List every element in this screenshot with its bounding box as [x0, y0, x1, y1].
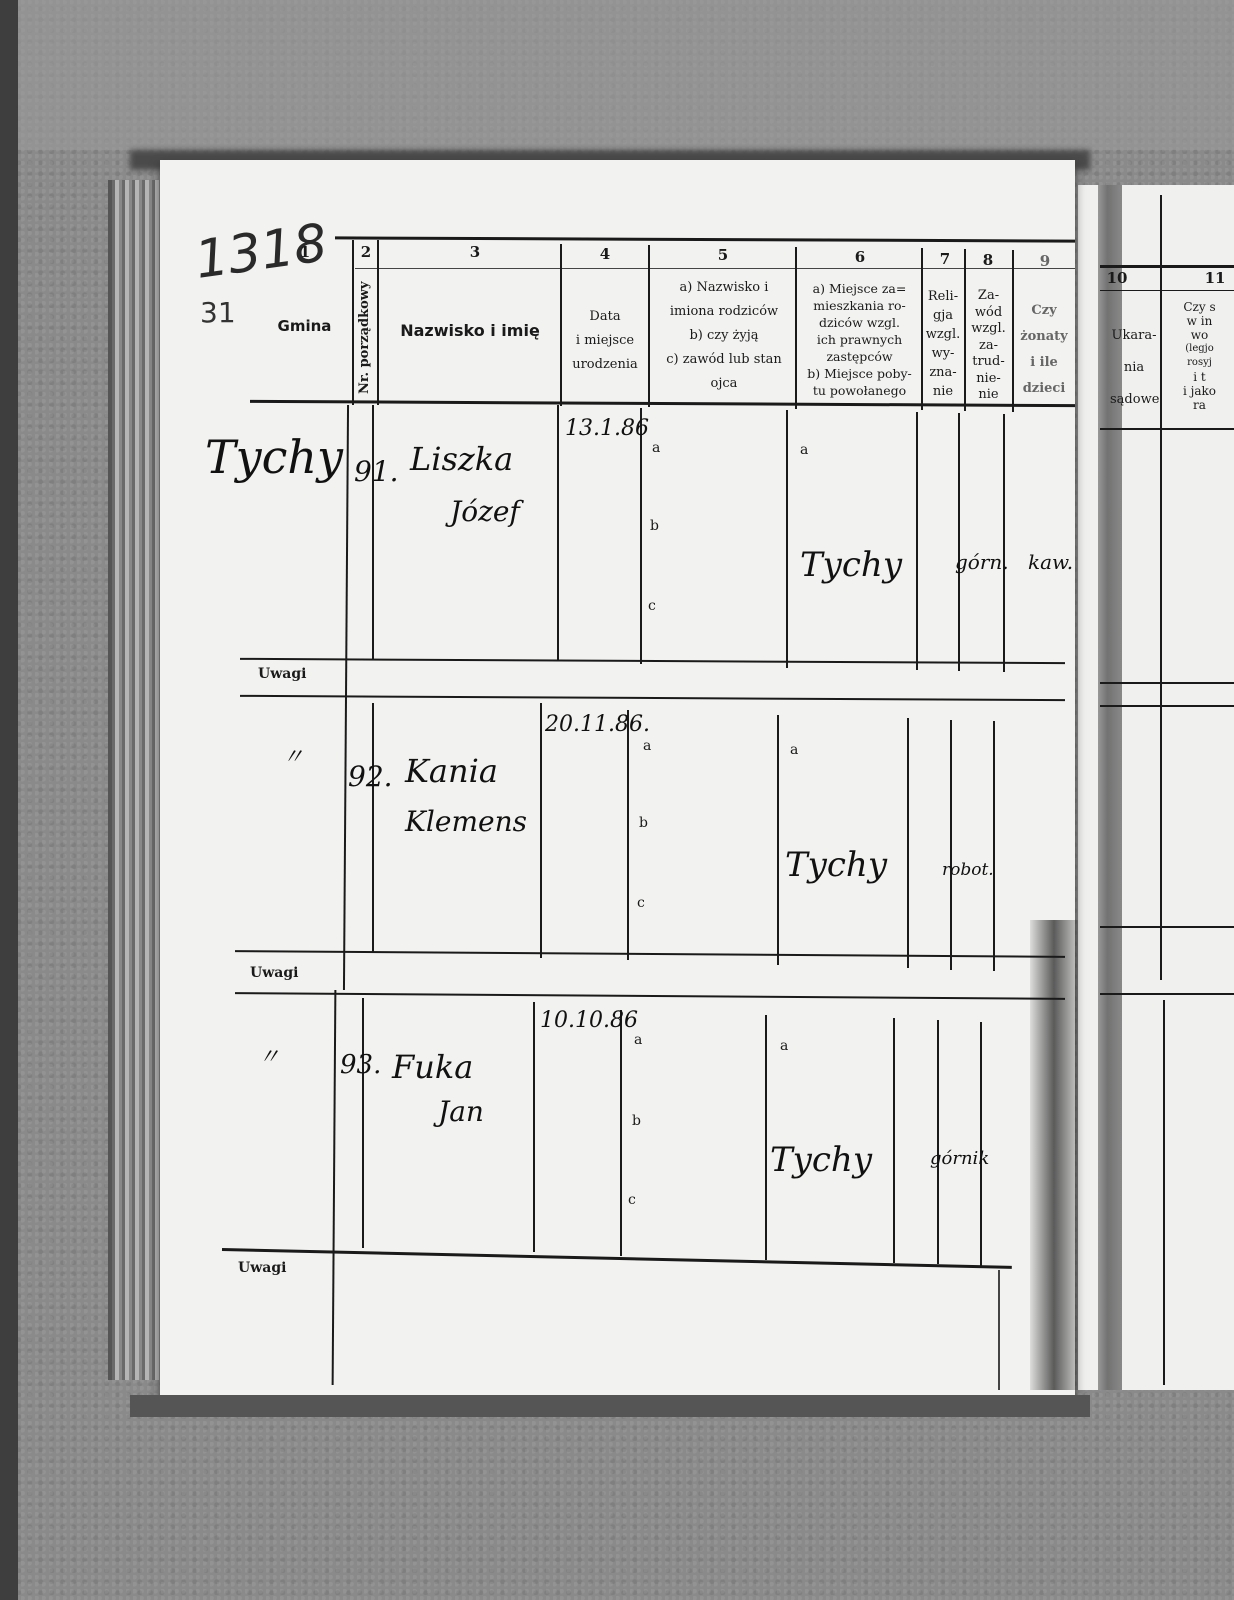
header-line: nie [922, 382, 964, 401]
header-line: Za- [965, 288, 1012, 305]
header-line: Czy [1014, 298, 1074, 324]
header-line: wy- [922, 344, 964, 363]
facing-header-ukarania: Ukara- nia sądowe [1110, 320, 1158, 416]
facing-row-rule [1100, 705, 1234, 707]
col-number-4: 4 [590, 246, 620, 263]
row2-col-divider [993, 721, 995, 971]
page-fold-shadow [1030, 920, 1078, 1390]
row3-col-divider [533, 1002, 535, 1252]
col-number-9: 9 [1030, 253, 1060, 270]
header-line: nia [1110, 352, 1158, 384]
entry1-residence: Tychy [800, 545, 902, 585]
entry1-gmina: Tychy [205, 430, 343, 484]
entry3-surname: Fuka [392, 1048, 473, 1086]
entry3-sub-c: c [628, 1192, 636, 1208]
entry1-col9: kaw. [1028, 550, 1073, 574]
header-line: i miejsce [562, 329, 648, 353]
entry1-sub-a: a [652, 440, 660, 456]
col-divider [377, 240, 379, 405]
row1-col-divider [557, 405, 559, 661]
header-line: dziców wzgl. [797, 314, 922, 331]
entry1-nr: 91. [354, 455, 399, 488]
row1-col-divider [1003, 414, 1005, 672]
header-line: w in [1165, 314, 1234, 328]
header-line: zna- [922, 363, 964, 382]
scan-edge [0, 0, 18, 1600]
header-line: żonaty [1014, 324, 1074, 350]
facing-col-number-11: 11 [1200, 270, 1230, 287]
col-divider [352, 240, 354, 405]
col-number-2: 2 [355, 244, 377, 261]
entry2-given-name: Klemens [405, 805, 527, 838]
facing-col-divider [1163, 1000, 1165, 1385]
header-line: a) Miejsce za= [797, 280, 922, 297]
header-line: Reli- [922, 287, 964, 306]
entry2-res-sub-a: a [790, 742, 798, 758]
entry1-sub-b: b [650, 518, 659, 534]
row2-col-divider [950, 720, 952, 970]
row3-col-divider [765, 1015, 767, 1260]
entry1-given-name: Józef [450, 495, 520, 528]
header-line: gja [922, 306, 964, 325]
entry2-sub-b: b [639, 815, 648, 831]
header-line: rosyj [1165, 356, 1234, 370]
header-line: wo [1165, 328, 1234, 342]
header-line: Data [562, 305, 648, 329]
header-religia: Reli- gja wzgl. wy- zna- nie [922, 287, 964, 401]
facing-header-rule [1100, 265, 1234, 268]
row2-col-divider [627, 710, 629, 960]
entry3-birth-date: 10.10.86 [540, 1008, 638, 1033]
row1-col-divider [640, 408, 642, 664]
header-line: nie [965, 387, 1012, 404]
entry1-res-sub-a: a [800, 442, 808, 458]
entry3-sub-a: a [634, 1032, 642, 1048]
entry3-occupation: górnik [930, 1148, 989, 1169]
entry2-sub-a: a [643, 738, 651, 754]
header-rodzice: a) Nazwisko i imiona rodziców b) czy żyj… [650, 276, 798, 396]
header-line: Ukara- [1110, 320, 1158, 352]
header-line: dzieci [1014, 376, 1074, 402]
header-line: a) Nazwisko i [650, 276, 798, 300]
row1-col-divider [372, 405, 374, 660]
header-miejsce-zamieszkania: a) Miejsce za= mieszkania ro- dziców wzg… [797, 280, 922, 399]
entry2-gmina-ditto: 〃 [282, 740, 304, 771]
row1-col-divider [958, 413, 960, 671]
header-nr-porzadkowy: Nr. porządkowy [358, 275, 376, 400]
header-line: i ile [1014, 350, 1074, 376]
entry3-given-name: Jan [438, 1095, 484, 1128]
header-line: wzgl. [965, 321, 1012, 338]
header-line: i jako [1165, 384, 1234, 398]
entry2-residence: Tychy [785, 845, 887, 885]
facing-header-czy: Czy s w in wo (legjo rosyj i t i jako ra [1165, 300, 1234, 412]
header-line: sądowe [1110, 384, 1158, 416]
row3-col-divider [362, 998, 364, 1248]
header-line: wód [965, 305, 1012, 322]
entry2-surname: Kania [405, 752, 498, 790]
row2-col-divider [540, 703, 542, 958]
header-line: zastępców [797, 348, 922, 365]
header-line: Czy s [1165, 300, 1234, 314]
header-line: imiona rodziców [650, 300, 798, 324]
header-line: mieszkania ro- [797, 297, 922, 314]
entry1-sub-c: c [648, 598, 656, 614]
header-zawod: Za- wód wzgl. za- trud- nie- nie [965, 288, 1012, 404]
header-line: b) czy żyją [650, 324, 798, 348]
row2-col-divider [777, 715, 779, 965]
header-line: urodzenia [562, 353, 648, 377]
entry2-occupation: robot. [942, 860, 994, 880]
header-line: wzgl. [922, 325, 964, 344]
header-line: nie- [965, 371, 1012, 388]
row3-col-divider [980, 1022, 982, 1266]
header-line: b) Miejsce poby- [797, 365, 922, 382]
facing-row-rule [1100, 682, 1234, 684]
row3-col-divider [620, 1010, 622, 1256]
entry3-nr: 93. [340, 1050, 381, 1080]
column-number-rule [355, 268, 1075, 269]
header-nazwisko-imie: Nazwisko i imię [385, 322, 555, 340]
header-line: ojca [650, 372, 798, 396]
facing-row-rule [1100, 993, 1234, 995]
header-line: tu powołanego [797, 382, 922, 399]
page-bottom-shadow [130, 1395, 1090, 1417]
remarks1-label: Uwagi [258, 666, 306, 682]
entry3-gmina-ditto: 〃 [258, 1040, 280, 1071]
entry2-sub-c: c [637, 895, 645, 911]
header-gmina: Gmina [262, 318, 347, 335]
remarks3-label: Uwagi [238, 1260, 286, 1276]
facing-row-rule [1100, 926, 1234, 928]
book-binding-edge [108, 180, 167, 1380]
sheet-number-annotation: 31 [200, 296, 236, 329]
entry3-sub-b: b [632, 1113, 641, 1129]
header-zonaty: Czy żonaty i ile dzieci [1014, 298, 1074, 402]
entry1-birth-date: 13.1.86 [565, 416, 649, 441]
col-number-6: 6 [845, 249, 875, 266]
col-number-1: 1 [290, 244, 320, 261]
row1-col-divider [916, 412, 918, 670]
header-line: (legjo [1165, 342, 1234, 356]
entry1-occupation: górn. [955, 550, 1009, 574]
header-data-miejsce-urodzenia: Data i miejsce urodzenia [562, 305, 648, 377]
page-edge-line [998, 1270, 1000, 1390]
entry1-surname: Liszka [410, 440, 513, 478]
entry2-nr: 92. [348, 760, 393, 793]
header-line: trud- [965, 354, 1012, 371]
entry3-res-sub-a: a [780, 1038, 788, 1054]
col-number-7: 7 [930, 251, 960, 268]
header-line: za- [965, 338, 1012, 355]
remarks2-label: Uwagi [250, 965, 298, 981]
col-number-3: 3 [460, 244, 490, 261]
header-line: ra [1165, 398, 1234, 412]
row2-col-divider [907, 718, 909, 968]
facing-col-number-10: 10 [1102, 270, 1132, 287]
header-line: c) zawód lub stan [650, 348, 798, 372]
row2-col-divider [372, 703, 374, 953]
header-line: ich prawnych [797, 331, 922, 348]
entry2-birth-date: 20.11.86. [545, 712, 650, 737]
row3-col-divider [893, 1018, 895, 1263]
facing-number-rule [1100, 290, 1234, 291]
facing-col-divider [1160, 195, 1162, 980]
row3-col-divider [937, 1020, 939, 1264]
col-number-8: 8 [973, 252, 1003, 269]
background-scan-top [0, 0, 1234, 150]
facing-header-bottom-rule [1100, 428, 1234, 430]
header-line: i t [1165, 370, 1234, 384]
row1-col-divider [786, 410, 788, 668]
col-number-5: 5 [708, 247, 738, 264]
entry3-residence: Tychy [770, 1140, 872, 1180]
